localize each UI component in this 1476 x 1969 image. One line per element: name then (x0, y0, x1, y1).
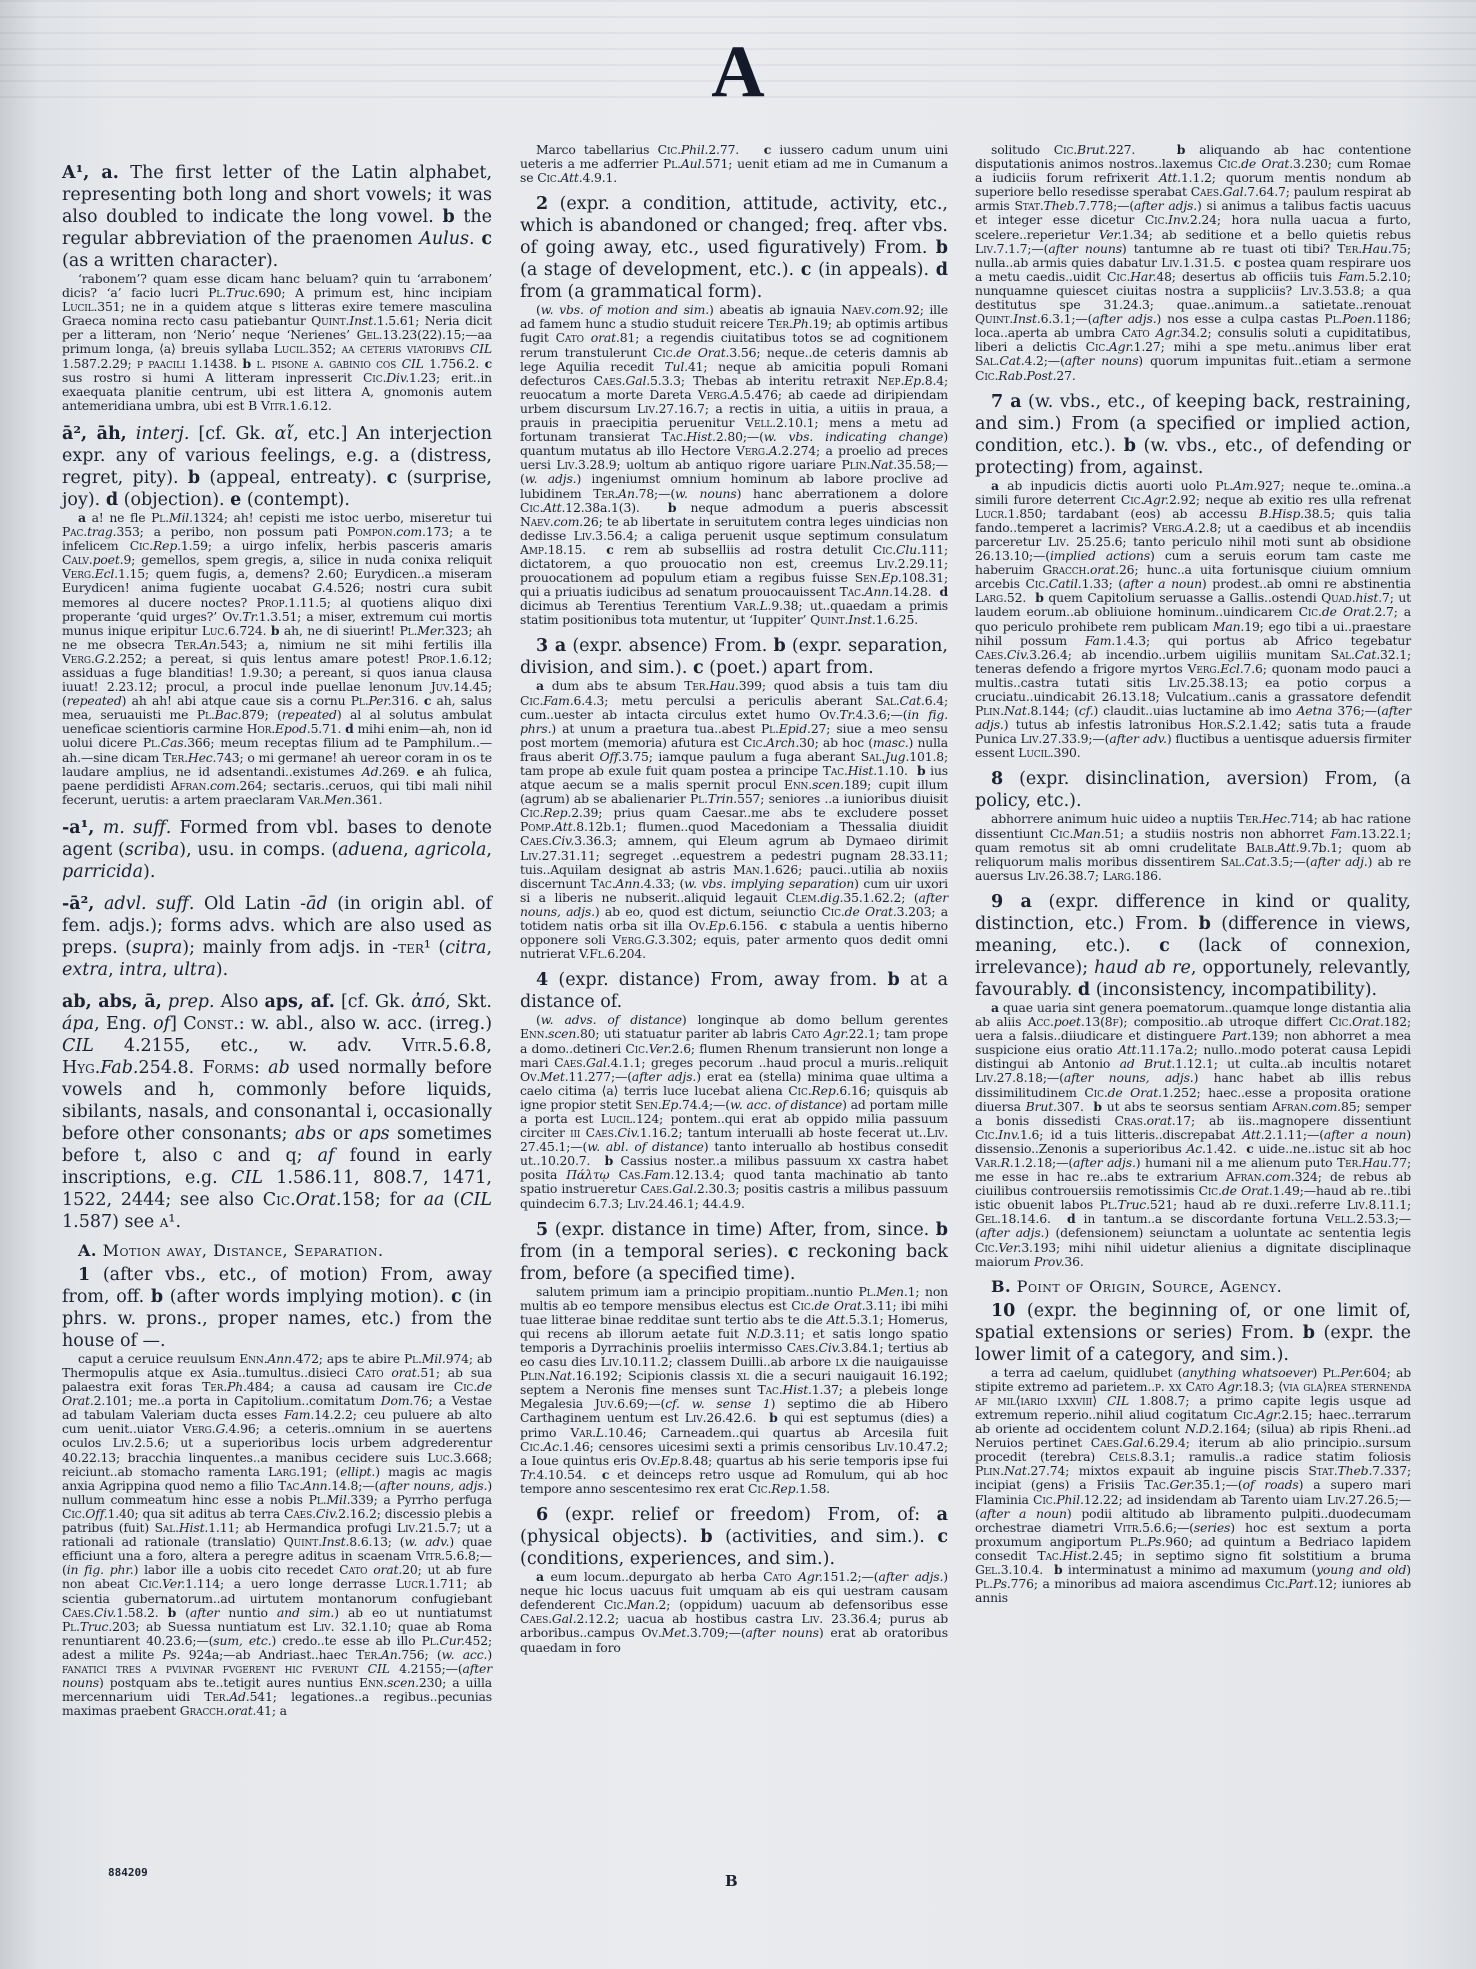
entry-definition: ab, abs, ā, prep. Also aps, af. [cf. Gk.… (62, 991, 492, 1233)
entry-definition: 9 a (expr. difference in kind or quality… (975, 891, 1411, 1001)
citation-paragraph: a eum locum..depurgato ab herba Cato Agr… (520, 1570, 948, 1655)
citation-paragraph: a quae uaria sint genera poematorum..qua… (975, 1001, 1411, 1269)
dictionary-column-2: Marco tabellarius Cic.Phil.2.77. c iusse… (520, 143, 948, 1655)
citation-paragraph: a a! ne fle Pl.Mil.1324; ah! cepisti me … (62, 511, 492, 807)
entry-definition: 10 (expr. the beginning of, or one limit… (975, 1300, 1411, 1366)
citation-paragraph: (w. advs. of distance) longinque ab domo… (520, 1013, 948, 1210)
citation-paragraph: Marco tabellarius Cic.Phil.2.77. c iusse… (520, 143, 948, 185)
citation-paragraph: (w. vbs. of motion and sim.) abeatis ab … (520, 303, 948, 627)
citation-paragraph: abhorrere animum huic uideo a nuptiis Te… (975, 812, 1411, 882)
entry-definition: A¹, a. The first letter of the Latin alp… (62, 162, 492, 272)
citation-paragraph: a ab inpudicis dictis auorti uolo Pl.Am.… (975, 479, 1411, 761)
entry-definition: 6 (expr. relief or freedom) From, of: a … (520, 1504, 948, 1570)
citation-paragraph: a terra ad caelum, quidlubet (anything w… (975, 1366, 1411, 1606)
section-heading: B. Point of Origin, Source, Agency. (991, 1277, 1411, 1296)
citation-paragraph: ‘rabonem’? quam esse dicam hanc beluam? … (62, 272, 492, 413)
entry-definition: 7 a (w. vbs., etc., of keeping back, res… (975, 391, 1411, 479)
section-heading: A. Motion away, Distance, Separation. (78, 1241, 492, 1260)
entry-definition: 3 a (expr. absence) From. b (expr. separ… (520, 635, 948, 679)
citation-paragraph: caput a ceruice reuulsum Enn.Ann.472; ap… (62, 1352, 492, 1718)
dictionary-column-1: A¹, a. The first letter of the Latin alp… (62, 152, 492, 1718)
print-code: 884209 (108, 1866, 148, 1879)
entry-definition: -ā², advl. suff. Old Latin -ād (in origi… (62, 893, 492, 981)
citation-paragraph: salutem primum iam a principio propitiam… (520, 1285, 948, 1496)
citation-paragraph: solitudo Cic.Brut.227. b aliquando ab ha… (975, 143, 1411, 383)
entry-definition: 5 (expr. distance in time) After, from, … (520, 1219, 948, 1285)
entry-definition: 4 (expr. distance) From, away from. b at… (520, 969, 948, 1013)
citation-paragraph: a dum abs te absum Ter.Hau.399; quod abs… (520, 679, 948, 961)
entry-definition: ā², āh, interj. [cf. Gk. αἴ, etc.] An in… (62, 423, 492, 511)
entry-definition: -a¹, m. suff. Formed from vbl. bases to … (62, 817, 492, 883)
entry-definition: 8 (expr. disinclination, aversion) From,… (975, 768, 1411, 812)
letter-section-heading: A (0, 30, 1476, 115)
signature-mark: B (725, 1872, 738, 1890)
dictionary-column-3: solitudo Cic.Brut.227. b aliquando ab ha… (975, 143, 1411, 1605)
entry-definition: 2 (expr. a condition, attitude, activity… (520, 193, 948, 303)
entry-definition: 1 (after vbs., etc., of motion) From, aw… (62, 1264, 492, 1352)
